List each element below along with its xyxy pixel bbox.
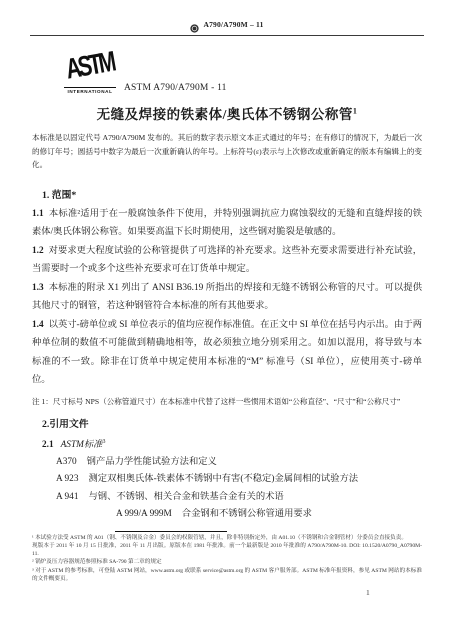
reference-title: 合金钢和不锈钢公称管通用要求 xyxy=(182,509,312,519)
paragraph-1-3: 1.3本标准的附录 X1 列出了 ANSI B36.19 所指出的焊接和无缝不锈… xyxy=(32,279,422,316)
reference-title: 测定双相奥氏体-铁素体不锈钢中有害(不稳定)金属间相的试验方法 xyxy=(88,474,358,484)
reference-code: A370 xyxy=(56,457,77,467)
header-rule xyxy=(30,35,424,36)
astm-seal-icon xyxy=(190,20,199,29)
reference-row: A 999/A 999M合金钢和不锈钢公称管通用要求 xyxy=(116,506,422,524)
reference-row: A 923测定双相奥氏体-铁素体不锈钢中有害(不稳定)金属间相的试验方法 xyxy=(56,471,422,489)
note-1: 注 1：尺寸标号 NPS（公称管道尺寸）在本标准中代替了这样一些惯用术语如“公称… xyxy=(32,395,422,408)
footnote-3: ³ 对于 ASTM 的参考标准，可登陆 ASTM 网站，www.astm.org… xyxy=(32,568,422,583)
subsection-number: 2.1 xyxy=(42,440,54,450)
paragraph-text: 以英寸-磅单位或 SI 单位表示的值均应视作标准值。在正文中 SI 单位在括号内… xyxy=(32,320,422,386)
footnotes-block: ¹ 本试验方法受 ASTM 的 A01（钢、不锈钢及合金）委员会的权限管辖，并且… xyxy=(32,535,422,583)
section-1-heading: 1. 范围* xyxy=(42,187,422,201)
reference-row: A 941与钢、不锈钢、相关合金和铁基合金有关的术语 xyxy=(56,489,422,507)
running-header: A790/A790M – 11 xyxy=(32,18,422,30)
reference-title: 与钢、不锈钢、相关合金和铁基合金有关的术语 xyxy=(88,492,283,502)
abstract-paragraph: 本标准是以固定代号 A790/A790M 发布的。其后的数字表示原文本正式通过的… xyxy=(32,131,422,172)
header-doc-code: A790/A790M – 11 xyxy=(203,20,263,29)
document-page: A790/A790M – 11 ASTM INTERNATIONAL ASTM … xyxy=(0,0,452,640)
footnote-1: ¹ 本试验方法受 ASTM 的 A01（钢、不锈钢及合金）委员会的权限管辖，并且… xyxy=(32,535,422,542)
subsection-2-1: 2.1ASTM标准3 xyxy=(42,434,422,454)
logo-row: ASTM INTERNATIONAL ASTM A790/A790M - 11 xyxy=(64,50,422,94)
subsection-superscript: 3 xyxy=(102,439,105,445)
paragraph-number: 1.3 xyxy=(32,283,44,293)
page-title: 无缝及焊接的铁素体/奥氏体不锈钢公称管1 xyxy=(32,103,422,123)
paragraph-number: 1.4 xyxy=(32,320,44,330)
reference-code: A 941 xyxy=(56,492,78,502)
astm-standards-label: ASTM标准 xyxy=(61,440,103,450)
footnote-divider xyxy=(115,531,227,532)
reference-row: A370钢产品力学性能试验方法和定义 xyxy=(56,454,422,472)
footnote-1b: 现版本于 2011 年 10 月 15 日批准，2011 年 11 月出版。原版… xyxy=(32,543,422,558)
astm-logo-icon: ASTM xyxy=(60,40,120,97)
paragraph-number: 1.2 xyxy=(32,246,44,256)
title-superscript: 1 xyxy=(353,107,358,116)
reference-code: A 923 xyxy=(56,474,78,484)
paragraph-1-4: 1.4以英寸-磅单位或 SI 单位表示的值均应视作标准值。在正文中 SI 单位在… xyxy=(32,316,422,390)
paragraph-text: 对要求更大程度试验的公称管提供了可选择的补充要求。这些补充要求需要进行补充试验，… xyxy=(32,246,422,275)
paragraph-1-2: 1.2对要求更大程度试验的公称管提供了可选择的补充要求。这些补充要求需要进行补充… xyxy=(32,242,422,279)
section-2-heading: 2.引用文件 xyxy=(42,416,422,430)
paragraph-text: 本标准的附录 X1 列出了 ANSI B36.19 所指出的焊接和无缝不锈钢公称… xyxy=(32,283,422,312)
astm-logo: ASTM INTERNATIONAL xyxy=(64,50,116,94)
document-designation: ASTM A790/A790M - 11 xyxy=(124,83,227,93)
page-number: 1 xyxy=(366,588,370,597)
reference-title: 钢产品力学性能试验方法和定义 xyxy=(87,457,217,467)
paragraph-text: 本标准²适用于在一般腐蚀条件下使用，并特别强调抗应力腐蚀裂纹的无缝和直缝焊接的铁… xyxy=(32,209,422,238)
reference-code: A 999/A 999M xyxy=(116,509,172,519)
page-title-text: 无缝及焊接的铁素体/奥氏体不锈钢公称管 xyxy=(97,107,353,122)
paragraph-1-1: 1.1本标准²适用于在一般腐蚀条件下使用，并特别强调抗应力腐蚀裂纹的无缝和直缝焊… xyxy=(32,205,422,242)
paragraph-number: 1.1 xyxy=(32,209,44,219)
footnote-2: ² 锅炉及压力容器规范参照标准 SA-790 第二章的规定 xyxy=(32,559,422,566)
